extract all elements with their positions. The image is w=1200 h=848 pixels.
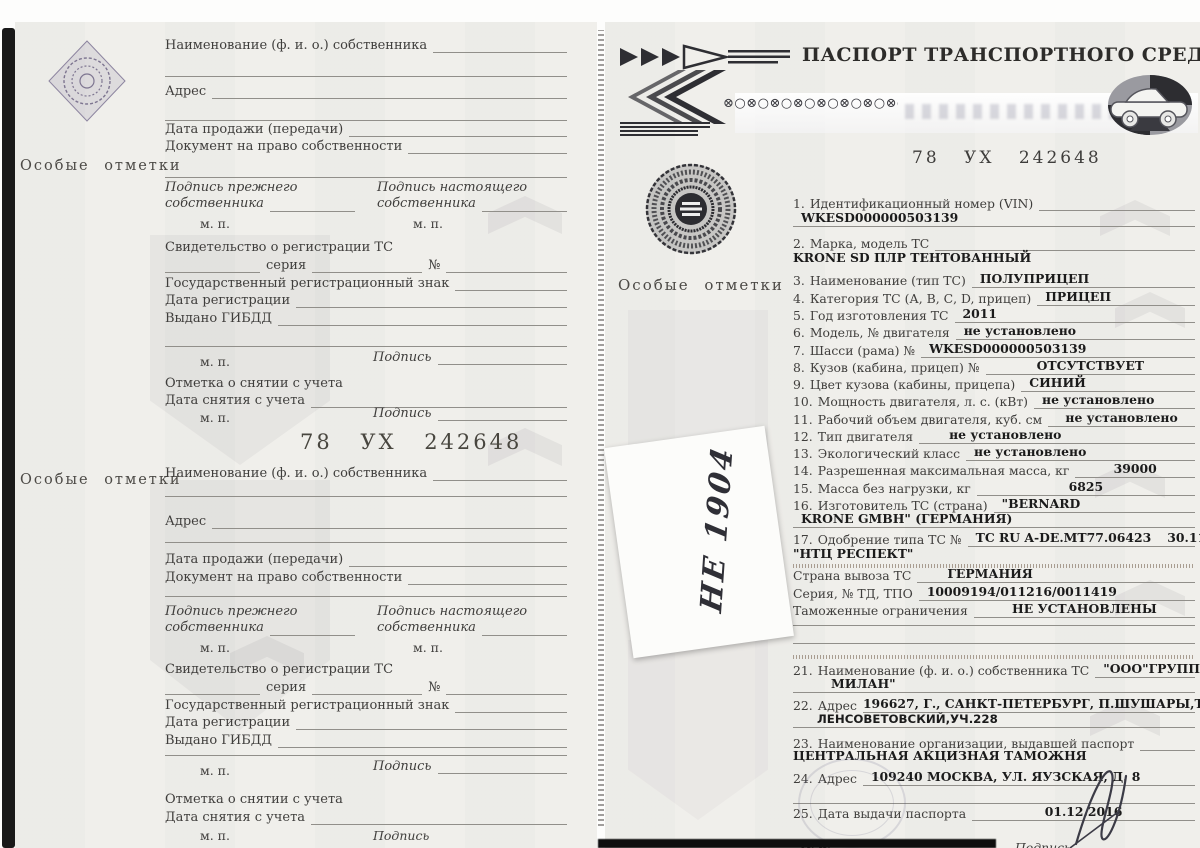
- signature-label: Подпись: [373, 350, 432, 365]
- blank-line: [482, 622, 567, 636]
- field-line: 196627, Г., САНКТ-ПЕТЕРБУРГ, П.ШУШАРЫ,ТЕ…: [863, 699, 1195, 713]
- dereg-date-label: Дата снятия с учета: [165, 393, 305, 408]
- mp-label: м. п.: [413, 216, 443, 231]
- field-number: 21.: [793, 663, 813, 678]
- field-value: МИЛАН": [823, 676, 904, 691]
- reg-cert-label: Свидетельство о регистрации ТС: [165, 240, 393, 255]
- dereg-date-row: Дата снятия с учета: [165, 810, 567, 825]
- reg-date-row: Дата регистрации: [165, 715, 567, 730]
- field-label: Рабочий объем двигателя, куб. см: [818, 412, 1042, 427]
- blank-line: [165, 346, 567, 347]
- field-line: СИНИЙ: [1021, 378, 1195, 392]
- field-line: WKESD000000503139: [921, 344, 1195, 358]
- address-row: Адрес: [165, 514, 567, 529]
- field-value: 39000: [1106, 461, 1165, 476]
- blank-line: [433, 39, 567, 53]
- binding-spine-shadow: [2, 28, 15, 848]
- reg-plate-row: Государственный регистрационный знак: [165, 698, 567, 713]
- dereg-heading: Отметка о снятии с учета: [165, 792, 567, 807]
- reg-cert-heading: Свидетельство о регистрации ТС: [165, 662, 567, 677]
- dereg-label: Отметка о снятии с учета: [165, 792, 343, 807]
- field-label: Разрешенная максимальная масса, кг: [818, 463, 1070, 478]
- field-value: не установлено: [966, 444, 1094, 459]
- field-line: ОТСУТСТВУЕТ: [986, 361, 1195, 375]
- field-category: 4.Категория ТС (А, В, С, D, прицеп)ПРИЦЕ…: [793, 291, 1195, 306]
- field-line: ПРИЦЕП: [1037, 292, 1195, 306]
- field-number: 7.: [793, 343, 805, 358]
- field-export-country: Страна вывоза ТСГЕРМАНИЯ: [793, 568, 1195, 583]
- signature-scribble: [1068, 760, 1140, 848]
- field-customs-declaration: Серия, № ТД, ТПО10009194/011216/0011419: [793, 586, 1195, 601]
- blank-line: [311, 811, 567, 825]
- blank-line: [408, 571, 567, 585]
- field-line: не установлено: [919, 430, 1195, 444]
- prev-sig-line: собственника: [165, 196, 355, 212]
- blank-line: [446, 681, 567, 695]
- field-vin-value: WKESD000000503139: [793, 211, 1195, 227]
- issued-gibdd-row: Выдано ГИБДД: [165, 733, 567, 748]
- field-value: KRONE GMBH" (ГЕРМАНИЯ): [793, 511, 1020, 526]
- field-label: Идентификационный номер (VIN): [810, 196, 1033, 211]
- mp-label: м. п.: [200, 828, 230, 843]
- dereg-label: Отметка о снятии с учета: [165, 376, 343, 391]
- field-number: 11.: [793, 412, 813, 427]
- prev-sig-label-1: Подпись прежнего: [165, 180, 355, 196]
- field-label: Марка, модель ТС: [810, 236, 929, 251]
- field-line: "BERNARD: [994, 499, 1195, 513]
- ownership-doc-label: Документ на право собственности: [165, 570, 402, 585]
- field-value: "BERNARD: [994, 496, 1089, 511]
- series-label: серия: [266, 258, 306, 273]
- blank-line: [270, 622, 355, 636]
- blank-line: [165, 596, 567, 597]
- signature-row: Подпись: [373, 759, 567, 774]
- blank-line: [165, 496, 567, 497]
- field-value: ОТСУТСТВУЕТ: [1029, 358, 1152, 373]
- blank-line: [446, 259, 567, 273]
- field-owner-address-value2: ЛЕНСОВЕТОВСКИЙ,УЧ.228: [793, 712, 1195, 728]
- field-line: не установлено: [956, 326, 1195, 340]
- blank-line: [312, 259, 422, 273]
- blank-line: [296, 294, 567, 308]
- special-marks-label: Особые отметки: [618, 276, 784, 294]
- field-line: ТС RU A-DE.MT77.0642330.11.2016: [968, 533, 1195, 547]
- field-color: 9.Цвет кузова (кабины, прицепа)СИНИЙ: [793, 377, 1195, 392]
- blank-line: [212, 85, 567, 99]
- field-number: 4.: [793, 291, 805, 306]
- field-value: СИНИЙ: [1021, 375, 1094, 390]
- field-label: Шасси (рама) №: [810, 343, 915, 358]
- field-manufacturer-value2: KRONE GMBH" (ГЕРМАНИЯ): [793, 512, 1195, 528]
- field-line: ПОЛУПРИЦЕП: [972, 274, 1195, 288]
- prev-sig-label-2: собственника: [165, 620, 264, 636]
- field-owner-address: 22.Адрес196627, Г., САНКТ-ПЕТЕРБУРГ, П.Ш…: [793, 698, 1195, 713]
- blank-line: [482, 198, 567, 212]
- mp-label: м. п.: [413, 640, 443, 655]
- field-value: 2011: [955, 306, 1006, 321]
- field-label: Цвет кузова (кабины, прицепа): [810, 377, 1015, 392]
- mp-label: м. п.: [200, 216, 230, 231]
- blank-line: [438, 407, 567, 421]
- field-label: Страна вывоза ТС: [793, 568, 911, 583]
- signature-label: Подпись: [373, 828, 429, 843]
- field-value: WKESD000000503139: [921, 341, 1094, 356]
- field-line: [935, 237, 1195, 251]
- field-value: 6825: [1061, 479, 1112, 494]
- blank-line: [455, 277, 567, 291]
- field-value: ГЕРМАНИЯ: [917, 566, 1040, 581]
- field-engine-model: 6.Модель, № двигателяне установлено: [793, 325, 1195, 340]
- field-number: 12.: [793, 429, 813, 444]
- blank-line: [165, 76, 567, 77]
- field-line: не установлено: [1034, 395, 1195, 409]
- field-body: 8.Кузов (кабина, прицеп) №ОТСУТСТВУЕТ: [793, 360, 1195, 375]
- field-line: "ООО"ГРУППА: [1095, 664, 1195, 678]
- field-label: Масса без нагрузки, кг: [818, 481, 971, 496]
- field-value: 10009194/011216/0011419: [919, 584, 1125, 599]
- field-value: не установлено: [956, 323, 1084, 338]
- field-number: 13.: [793, 446, 813, 461]
- microtext-divider: [793, 655, 1195, 659]
- field-year: 5.Год изготовления ТС2011: [793, 308, 1195, 323]
- field-vin: 1.Идентификационный номер (VIN): [793, 196, 1195, 211]
- blank-line: [793, 628, 1195, 644]
- signature-label: Подпись: [373, 406, 432, 421]
- scanned-vehicle-passport: Особые отметки Особые отметки Наименован…: [0, 0, 1200, 848]
- sale-date-row: Дата продажи (передачи): [165, 552, 567, 567]
- field-eco-class: 13.Экологический классне установлено: [793, 446, 1195, 461]
- issued-gibdd-label: Выдано ГИБДД: [165, 733, 272, 748]
- field-value: не установлено: [1057, 410, 1185, 425]
- new-sig-label-2: собственника: [377, 196, 476, 212]
- field-label: Год изготовления ТС: [810, 308, 949, 323]
- blank-line: [270, 198, 355, 212]
- series-label: серия: [266, 680, 306, 695]
- scan-shadow-bar: [598, 839, 996, 848]
- field-label: Серия, № ТД, ТПО: [793, 586, 913, 601]
- field-label: Тип двигателя: [818, 429, 913, 444]
- field-number: 8.: [793, 360, 805, 375]
- field-label: Одобрение типа ТС №: [818, 532, 962, 547]
- ownership-doc-label: Документ на право собственности: [165, 139, 402, 154]
- field-type: 3.Наименование (тип ТС)ПОЛУПРИЦЕП: [793, 273, 1195, 288]
- field-line: [1039, 197, 1195, 211]
- blank-line: [165, 259, 260, 273]
- field-number: 10.: [793, 394, 813, 409]
- field-line: 2011: [955, 309, 1195, 323]
- new-sig-label-1: Подпись настоящего: [377, 180, 567, 196]
- field-date: 30.11.2016: [1159, 530, 1200, 545]
- blank-line: [349, 553, 567, 567]
- blank-line: [312, 681, 422, 695]
- field-unladen-mass: 15.Масса без нагрузки, кг6825: [793, 481, 1195, 496]
- field-line: 109240 МОСКВА, УЛ. ЯУЗСКАЯ, Д. 8: [863, 772, 1195, 786]
- field-type-approval: 17.Одобрение типа ТС №ТС RU A-DE.MT77.06…: [793, 532, 1195, 547]
- field-number: 2.: [793, 236, 805, 251]
- field-value: 196627, Г., САНКТ-ПЕТЕРБУРГ, П.ШУШАРЫ,ТЕ…: [863, 696, 1200, 711]
- owner-name-row: Наименование (ф. и. о.) собственника: [165, 466, 567, 481]
- signature-label: Подпись: [373, 759, 432, 774]
- serial-number: 78 УХ 242648: [300, 430, 522, 454]
- field-number: 9.: [793, 377, 805, 392]
- reg-date-label: Дата регистрации: [165, 715, 290, 730]
- owner-record-block: Наименование (ф. и. о.) собственника Адр…: [165, 38, 567, 466]
- mp-label: м. п.: [200, 640, 230, 655]
- field-value: ЛЕНСОВЕТОВСКИЙ,УЧ.228: [809, 712, 1006, 726]
- issued-gibdd-label: Выдано ГИБДД: [165, 311, 272, 326]
- dereg-date-label: Дата снятия с учета: [165, 810, 305, 825]
- field-make-model: 2.Марка, модель ТС: [793, 236, 1195, 251]
- number-sign: №: [428, 258, 440, 273]
- prev-sig-label-2: собственника: [165, 196, 264, 212]
- reg-plate-label: Государственный регистрационный знак: [165, 276, 449, 291]
- field-label: Наименование (тип ТС): [810, 273, 966, 288]
- mp-label: м. п.: [200, 410, 230, 425]
- blank-line: [165, 542, 567, 543]
- signature-row: Подпись: [373, 350, 567, 365]
- blank-line: [433, 467, 567, 481]
- sale-date-label: Дата продажи (передачи): [165, 552, 343, 567]
- new-sig-label-1: Подпись настоящего: [377, 604, 567, 620]
- field-line: 6825: [977, 482, 1195, 496]
- blank-line: [278, 734, 567, 748]
- field-line: не установлено: [966, 447, 1195, 461]
- reg-plate-row: Государственный регистрационный знак: [165, 276, 567, 291]
- prev-owner-signature: Подпись прежнего собственника: [165, 180, 355, 212]
- blank-line: [438, 760, 567, 774]
- blank-line: [793, 610, 1195, 626]
- mp-label: м. п.: [200, 354, 230, 369]
- field-number: 1.: [793, 196, 805, 211]
- field-value: "ООО"ГРУППА: [1095, 661, 1200, 676]
- field-value: ПОЛУПРИЦЕП: [972, 271, 1097, 286]
- new-sig-label-2: собственника: [377, 620, 476, 636]
- field-number: 6.: [793, 325, 805, 340]
- rosette-ornament-icon: [48, 40, 126, 122]
- field-label: Экологический класс: [818, 446, 960, 461]
- microtext-strip: [598, 30, 604, 826]
- field-engine-type: 12.Тип двигателяне установлено: [793, 429, 1195, 444]
- field-displacement: 11.Рабочий объем двигателя, куб. смне ус…: [793, 412, 1195, 427]
- vehicle-data-fields: 1.Идентификационный номер (VIN) WKESD000…: [793, 0, 1198, 848]
- field-line: ГЕРМАНИЯ: [917, 569, 1195, 583]
- ownership-doc-row: Документ на право собственности: [165, 139, 567, 154]
- issued-gibdd-row: Выдано ГИБДД: [165, 311, 567, 326]
- field-number: 15.: [793, 481, 813, 496]
- new-sig-line: собственника: [377, 196, 567, 212]
- field-number: 5.: [793, 308, 805, 323]
- owner-name-label: Наименование (ф. и. о.) собственника: [165, 38, 427, 53]
- field-owner-name-value2: МИЛАН": [793, 677, 1195, 693]
- owner-name-label: Наименование (ф. и. о.) собственника: [165, 466, 427, 481]
- field-number: 22.: [793, 698, 813, 713]
- field-line: не установлено: [1048, 413, 1195, 427]
- new-sig-line: собственника: [377, 620, 567, 636]
- new-owner-signature: Подпись настоящего собственника: [377, 180, 567, 212]
- field-value: не установлено: [919, 427, 1069, 442]
- mp-label: м. п.: [200, 763, 230, 778]
- special-marks-label: Особые отметки: [20, 472, 182, 488]
- field-type-approval-org: "НТЦ РЕСПЕКТ": [793, 546, 1195, 562]
- owner-record-block: Наименование (ф. и. о.) собственника Адр…: [165, 466, 567, 848]
- prev-owner-signature: Подпись прежнего собственника: [165, 604, 355, 636]
- prev-sig-line: собственника: [165, 620, 355, 636]
- blank-line: [165, 120, 567, 121]
- sale-date-label: Дата продажи (передачи): [165, 122, 343, 137]
- field-power: 10.Мощность двигателя, л. с. (кВт)не уст…: [793, 394, 1195, 409]
- reg-date-label: Дата регистрации: [165, 293, 290, 308]
- field-max-mass: 14.Разрешенная максимальная масса, кг390…: [793, 463, 1195, 478]
- field-value: WKESD000000503139: [793, 210, 966, 225]
- field-label: Мощность двигателя, л. с. (кВт): [818, 394, 1028, 409]
- reg-cert-label: Свидетельство о регистрации ТС: [165, 662, 393, 677]
- field-label: Адрес: [818, 698, 857, 713]
- new-owner-signature: Подпись настоящего собственника: [377, 604, 567, 636]
- faint-stamp-icon: [798, 758, 906, 848]
- blank-line: [349, 123, 567, 137]
- reg-plate-label: Государственный регистрационный знак: [165, 698, 449, 713]
- special-marks-label: Особые отметки: [20, 158, 182, 174]
- field-label: Категория ТС (А, В, С, D, прицеп): [810, 291, 1031, 306]
- owner-name-row: Наименование (ф. и. о.) собственника: [165, 38, 567, 53]
- address-label: Адрес: [165, 84, 206, 99]
- sticker-note: НЕ 1904: [604, 426, 794, 658]
- field-value: KRONE SD ПЛР ТЕНТОВАННЫЙ: [793, 250, 1039, 265]
- guilloche-seal-icon: [644, 162, 738, 256]
- sale-date-row: Дата продажи (передачи): [165, 122, 567, 137]
- field-chassis: 7.Шасси (рама) №WKESD000000503139: [793, 343, 1195, 358]
- address-row: Адрес: [165, 84, 567, 99]
- blank-line: [455, 699, 567, 713]
- series-number-row: серия№: [165, 680, 567, 695]
- field-line: 10009194/011216/0011419: [919, 587, 1195, 601]
- handwritten-text: НЕ 1904: [694, 442, 740, 615]
- signature-label: Подпись: [1015, 840, 1071, 848]
- field-value: ТС RU A-DE.MT77.06423: [968, 530, 1160, 545]
- field-value: "НТЦ РЕСПЕКТ": [793, 546, 921, 561]
- blank-line: [165, 755, 567, 756]
- blank-line: [212, 515, 567, 529]
- dereg-heading: Отметка о снятии с учета: [165, 376, 567, 391]
- blank-line: [278, 312, 567, 326]
- blank-line: [165, 681, 260, 695]
- field-label: Кузов (кабина, прицеп) №: [810, 360, 980, 375]
- field-number: 3.: [793, 273, 805, 288]
- number-sign: №: [428, 680, 440, 695]
- field-number: 17.: [793, 532, 813, 547]
- field-number: 14.: [793, 463, 813, 478]
- field-label: Модель, № двигателя: [810, 325, 950, 340]
- blank-line: [408, 140, 567, 154]
- field-make-model-value: KRONE SD ПЛР ТЕНТОВАННЫЙ: [793, 250, 1195, 266]
- blank-line: [165, 177, 567, 178]
- blank-line: [296, 716, 567, 730]
- signature-row: Подпись: [373, 406, 567, 421]
- field-value: ПРИЦЕП: [1037, 289, 1119, 304]
- field-value: не установлено: [1034, 392, 1162, 407]
- field-line: 39000: [1075, 464, 1195, 478]
- series-number-row: серия№: [165, 258, 567, 273]
- reg-cert-heading: Свидетельство о регистрации ТС: [165, 240, 567, 255]
- blank-line: [438, 351, 567, 365]
- ownership-doc-row: Документ на право собственности: [165, 570, 567, 585]
- address-label: Адрес: [165, 514, 206, 529]
- reg-date-row: Дата регистрации: [165, 293, 567, 308]
- prev-sig-label-1: Подпись прежнего: [165, 604, 355, 620]
